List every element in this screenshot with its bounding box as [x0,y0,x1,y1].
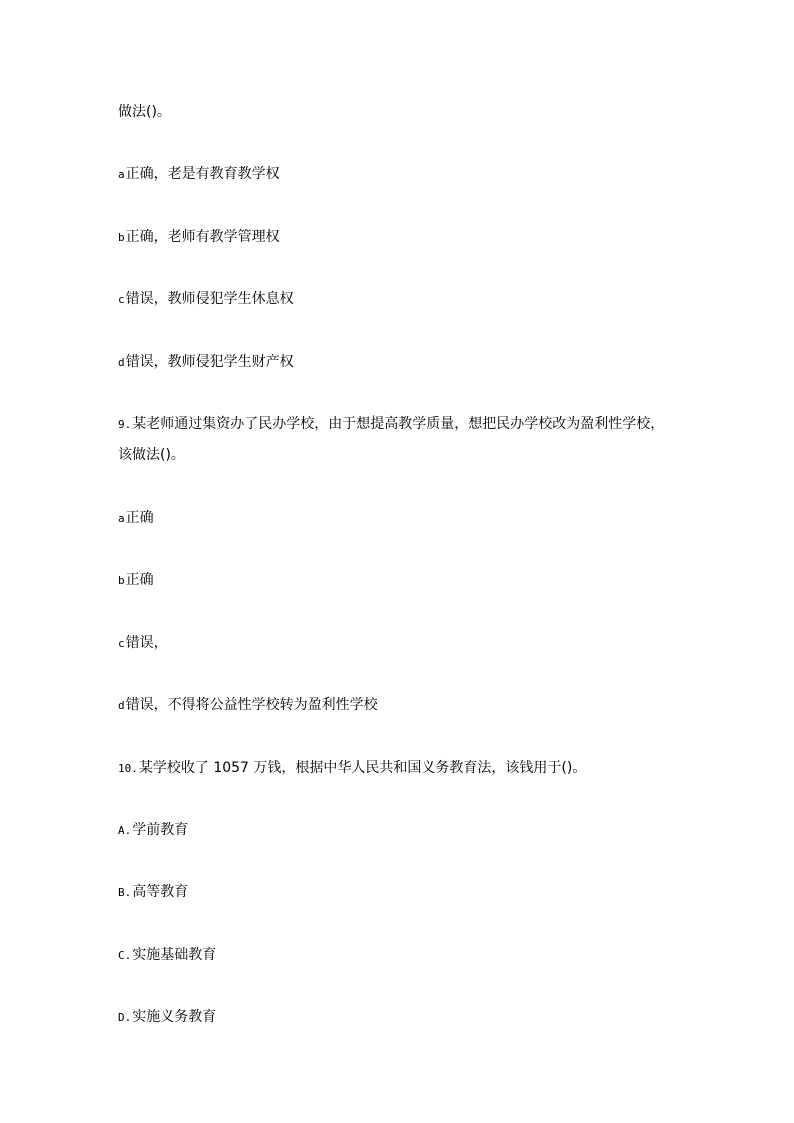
option-text: 错误，不得将公益性学校转为盈利性学校 [126,697,378,713]
line-text: 做法()。 [118,104,171,120]
question-8-option-d: d错误，教师侵犯学生财产权 [118,353,294,372]
question-10-stem: 10.某学校收了 1057 万钱，根据中华人民共和国义务教育法，该钱用于()。 [118,759,586,778]
question-10-option-d: D.实施义务教育 [118,1008,216,1027]
option-letter: a [118,512,125,525]
option-letter: b [118,231,125,244]
question-10-option-c: C.实施基础教育 [118,946,216,965]
option-letter: B. [118,886,131,899]
question-9-stem-line-1: 9.某老师通过集资办了民办学校，由于想提高教学质量，想把民办学校改为盈利性学校， [118,415,664,434]
option-letter: b [118,574,125,587]
option-text: 实施基础教育 [132,947,216,963]
option-letter: d [118,356,125,369]
option-text: 实施义务教育 [132,1009,216,1025]
option-text: 正确 [126,510,154,526]
option-letter: c [118,637,125,650]
option-letter: c [118,293,125,306]
question-number: 10. [118,762,138,775]
option-text: 错误， [126,635,168,651]
question-8-option-c: c错误，教师侵犯学生休息权 [118,290,294,309]
option-text: 正确 [126,572,154,588]
question-8-option-b: b正确，老师有教学管理权 [118,228,280,247]
question-9-option-d: d错误，不得将公益性学校转为盈利性学校 [118,696,378,715]
question-10-option-b: B.高等教育 [118,883,188,902]
question-10-option-a: A.学前教育 [118,821,188,840]
option-text: 错误，教师侵犯学生财产权 [126,354,294,370]
option-text: 高等教育 [132,884,188,900]
option-text: 学前教育 [132,822,188,838]
option-text: 正确，老是有教育教学权 [126,166,280,182]
option-letter: C. [118,949,131,962]
option-letter: a [118,168,125,181]
option-text: 错误，教师侵犯学生休息权 [126,291,294,307]
option-letter: D. [118,1011,131,1024]
option-letter: A. [118,824,131,837]
question-text: 某老师通过集资办了民办学校，由于想提高教学质量，想把民办学校改为盈利性学校， [132,416,664,432]
question-9-stem-line-2: 该做法()。 [118,446,185,464]
question-text: 某学校收了 1057 万钱，根据中华人民共和国义务教育法，该钱用于()。 [139,760,586,776]
question-9-option-b: b正确 [118,571,154,590]
question-9-option-c: c错误， [118,634,168,653]
question-text: 该做法()。 [118,447,185,463]
question-8-continuation: 做法()。 [118,103,171,121]
document-page: 做法()。 a正确，老是有教育教学权 b正确，老师有教学管理权 c错误，教师侵犯… [0,0,794,1123]
question-8-option-a: a正确，老是有教育教学权 [118,165,280,184]
question-number: 9. [118,418,131,431]
option-letter: d [118,699,125,712]
question-9-option-a: a正确 [118,509,154,528]
option-text: 正确，老师有教学管理权 [126,229,280,245]
